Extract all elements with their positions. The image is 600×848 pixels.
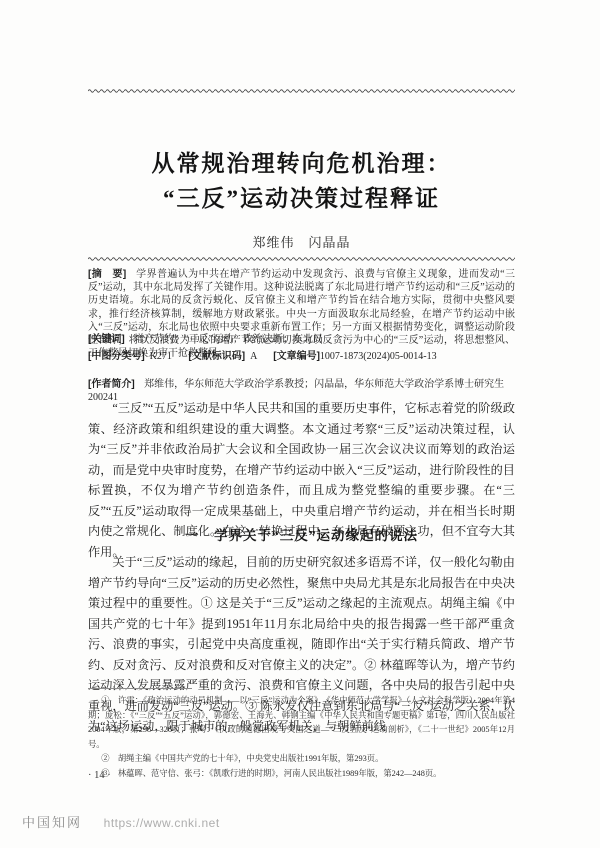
wavy-rule-top: [88, 88, 515, 94]
article-title-line2: “三反”运动决策过程释证: [163, 186, 440, 211]
page-number: · 14 ·: [88, 770, 515, 781]
doc-code-pair: [文献标识码]A: [188, 351, 259, 362]
keywords-label: [关键词]: [88, 334, 125, 345]
footnote-1: ① 许雷：《政治运动的动员机制——以“三反”运动为个案》，《华中师范大学学报》（…: [88, 694, 515, 752]
author-bio-label: [作者简介]: [88, 379, 135, 390]
article-id-pair: [文章编号]1007-1873(2024)05-0014-13: [273, 351, 436, 362]
doc-code-value: A: [250, 351, 257, 362]
article-id-label: [文章编号]: [273, 351, 320, 362]
journal-page-scan: 从常规治理转向危机治理： “三反”运动决策过程释证 郑维伟 闪晶晶 [摘 要] …: [0, 0, 600, 848]
cnki-watermark-name: 中国知网: [22, 815, 82, 830]
classification-line: [中图分类号]K271 [文献标识码]A [文章编号]1007-1873(202…: [88, 350, 515, 363]
clc-pair: [中图分类号]K271: [88, 351, 174, 362]
article-title: 从常规治理转向危机治理： “三反”运动决策过程释证: [88, 146, 515, 216]
clc-label: [中图分类号]: [88, 351, 145, 362]
article-id-value: 1007-1873(2024)05-0014-13: [320, 351, 437, 362]
section-heading: 一 学界关于“三反”运动缘起的说法: [88, 524, 515, 544]
wavy-rule-below-authors: [88, 256, 515, 262]
keywords-text: 增产节约；“三反”运动；政治决断；东北局: [134, 334, 323, 345]
footnotes-block: ① 许雷：《政治运动的动员机制——以“三反”运动为个案》，《华中师范大学学报》（…: [88, 694, 515, 782]
article-title-line1: 从常规治理转向危机治理：: [152, 151, 452, 176]
article-authors: 郑维伟 闪晶晶: [88, 232, 515, 251]
doc-code-label: [文献标识码]: [188, 351, 245, 362]
footnote-divider: [88, 688, 192, 689]
cnki-watermark-url: https://www.cnki.net: [104, 816, 220, 830]
abstract-label: [摘 要]: [88, 269, 126, 280]
clc-value: K271: [150, 351, 172, 362]
cnki-watermark: 中国知网 https://www.cnki.net: [22, 812, 220, 831]
abstract-block: [摘 要] 学界普遍认为中共在增产节约运动中发现贪污、浪费与官僚主义现象，进而发…: [88, 268, 515, 360]
footnote-2: ② 胡绳主编《中国共产党的七十年》，中央党史出版社1991年版，第293页。: [88, 752, 515, 767]
keywords-line: [关键词] 增产节约；“三反”运动；政治决断；东北局: [88, 333, 515, 346]
